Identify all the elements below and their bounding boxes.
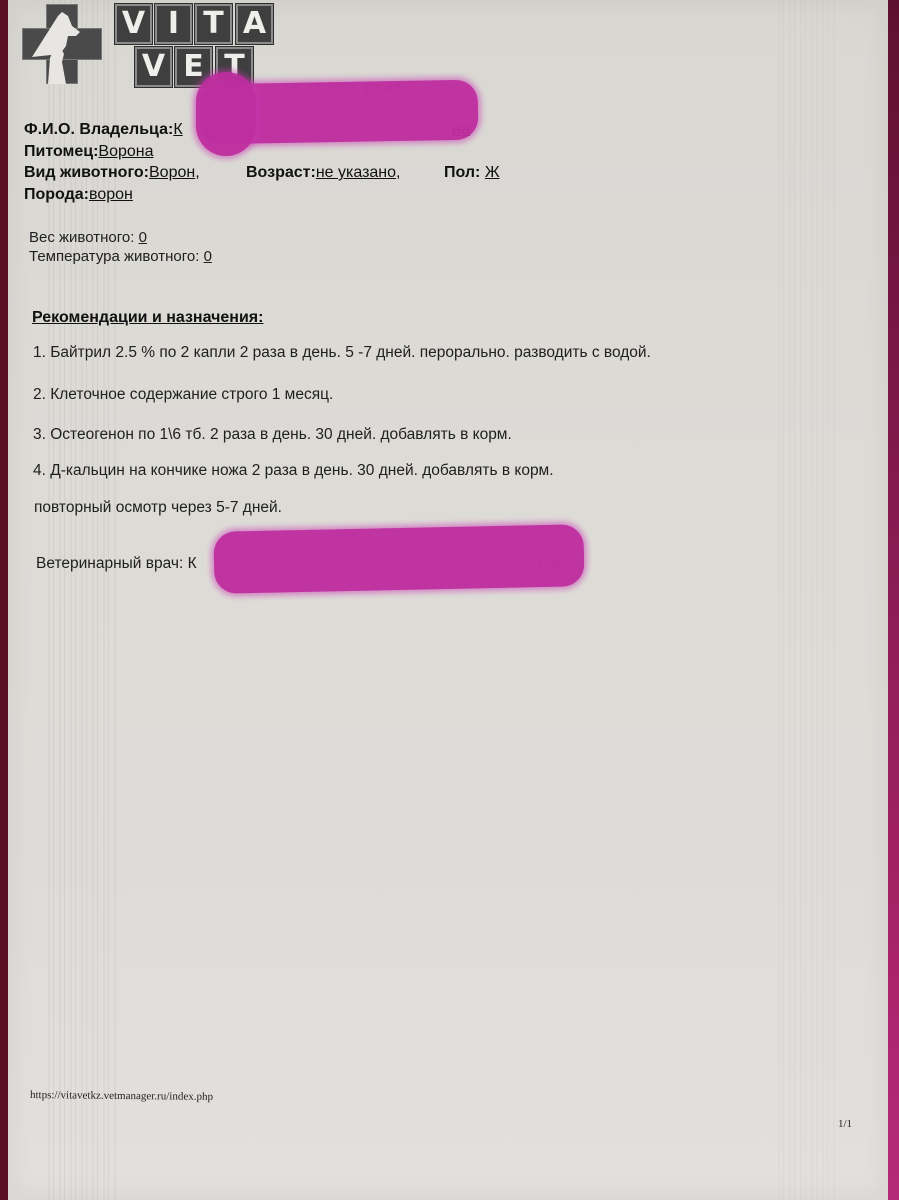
sex-value: Ж — [485, 164, 500, 181]
species-suffix: , — [195, 164, 199, 181]
redaction-mark-owner — [196, 72, 256, 156]
logo-letter: I — [155, 4, 192, 44]
doctor-row: Ветеринарный врач: К — [36, 555, 197, 573]
footer-url: https://vitavetkz.vetmanager.ru/index.ph… — [30, 1089, 213, 1103]
logo-letter: V — [115, 4, 152, 44]
owner-value-start: К — [173, 121, 182, 138]
temperature-value: 0 — [204, 248, 212, 265]
weight-value: 0 — [139, 229, 147, 246]
recommendation-item: 4. Д-кальцин на кончике ножа 2 раза в де… — [33, 462, 554, 480]
page-number: 1/1 — [838, 1118, 852, 1130]
pet-value: Ворона — [98, 143, 153, 160]
owner-row: Ф.И.О. Владельца:К — [24, 121, 183, 139]
recommendation-item: 2. Клеточное содержание строго 1 месяц. — [33, 386, 333, 404]
logo-letter: T — [195, 4, 232, 44]
weight-label: Вес животного: — [29, 229, 134, 246]
logo-letter: A — [236, 4, 273, 44]
age-suffix: , — [396, 164, 400, 181]
recommendation-item: 3. Остеогенон по 1\6 тб. 2 раза в день. … — [33, 426, 512, 444]
print-streak — [778, 0, 838, 1200]
redaction-mark-doctor — [213, 524, 584, 594]
doctor-value-start: К — [188, 555, 197, 572]
cross-with-dog-cat-icon — [22, 2, 102, 84]
sex-label: Пол: — [444, 164, 480, 181]
background-edge-left — [0, 0, 8, 1200]
species-label: Вид животного: — [24, 164, 149, 181]
owner-label: Ф.И.О. Владельца: — [24, 121, 173, 138]
age-label: Возраст: — [246, 164, 316, 181]
doctor-label: Ветеринарный врач: — [36, 555, 183, 572]
breed-row: Порода:ворон — [24, 186, 133, 204]
recommendation-item: 1. Байтрил 2.5 % по 2 капли 2 раза в ден… — [33, 344, 651, 362]
sex-row: Пол: Ж — [444, 164, 500, 182]
temperature-label: Температура животного: — [29, 248, 199, 265]
species-value: Ворон — [149, 164, 195, 181]
recommendations-title: Рекомендации и назначения: — [32, 309, 263, 327]
breed-value: ворон — [89, 186, 133, 203]
weight-row: Вес животного: 0 — [29, 229, 147, 246]
age-row: Возраст:не указано, — [246, 164, 400, 182]
pet-label: Питомец: — [24, 143, 98, 160]
breed-label: Порода: — [24, 186, 89, 203]
logo-letter: V — [135, 47, 172, 87]
temperature-row: Температура животного: 0 — [29, 248, 212, 265]
followup-note: повторный осмотр через 5-7 дней. — [34, 499, 282, 517]
pet-row: Питомец:Ворона — [24, 143, 154, 161]
age-value: не указано — [316, 164, 396, 181]
species-row: Вид животного:Ворон, — [24, 164, 200, 182]
background-edge-right — [888, 0, 899, 1200]
